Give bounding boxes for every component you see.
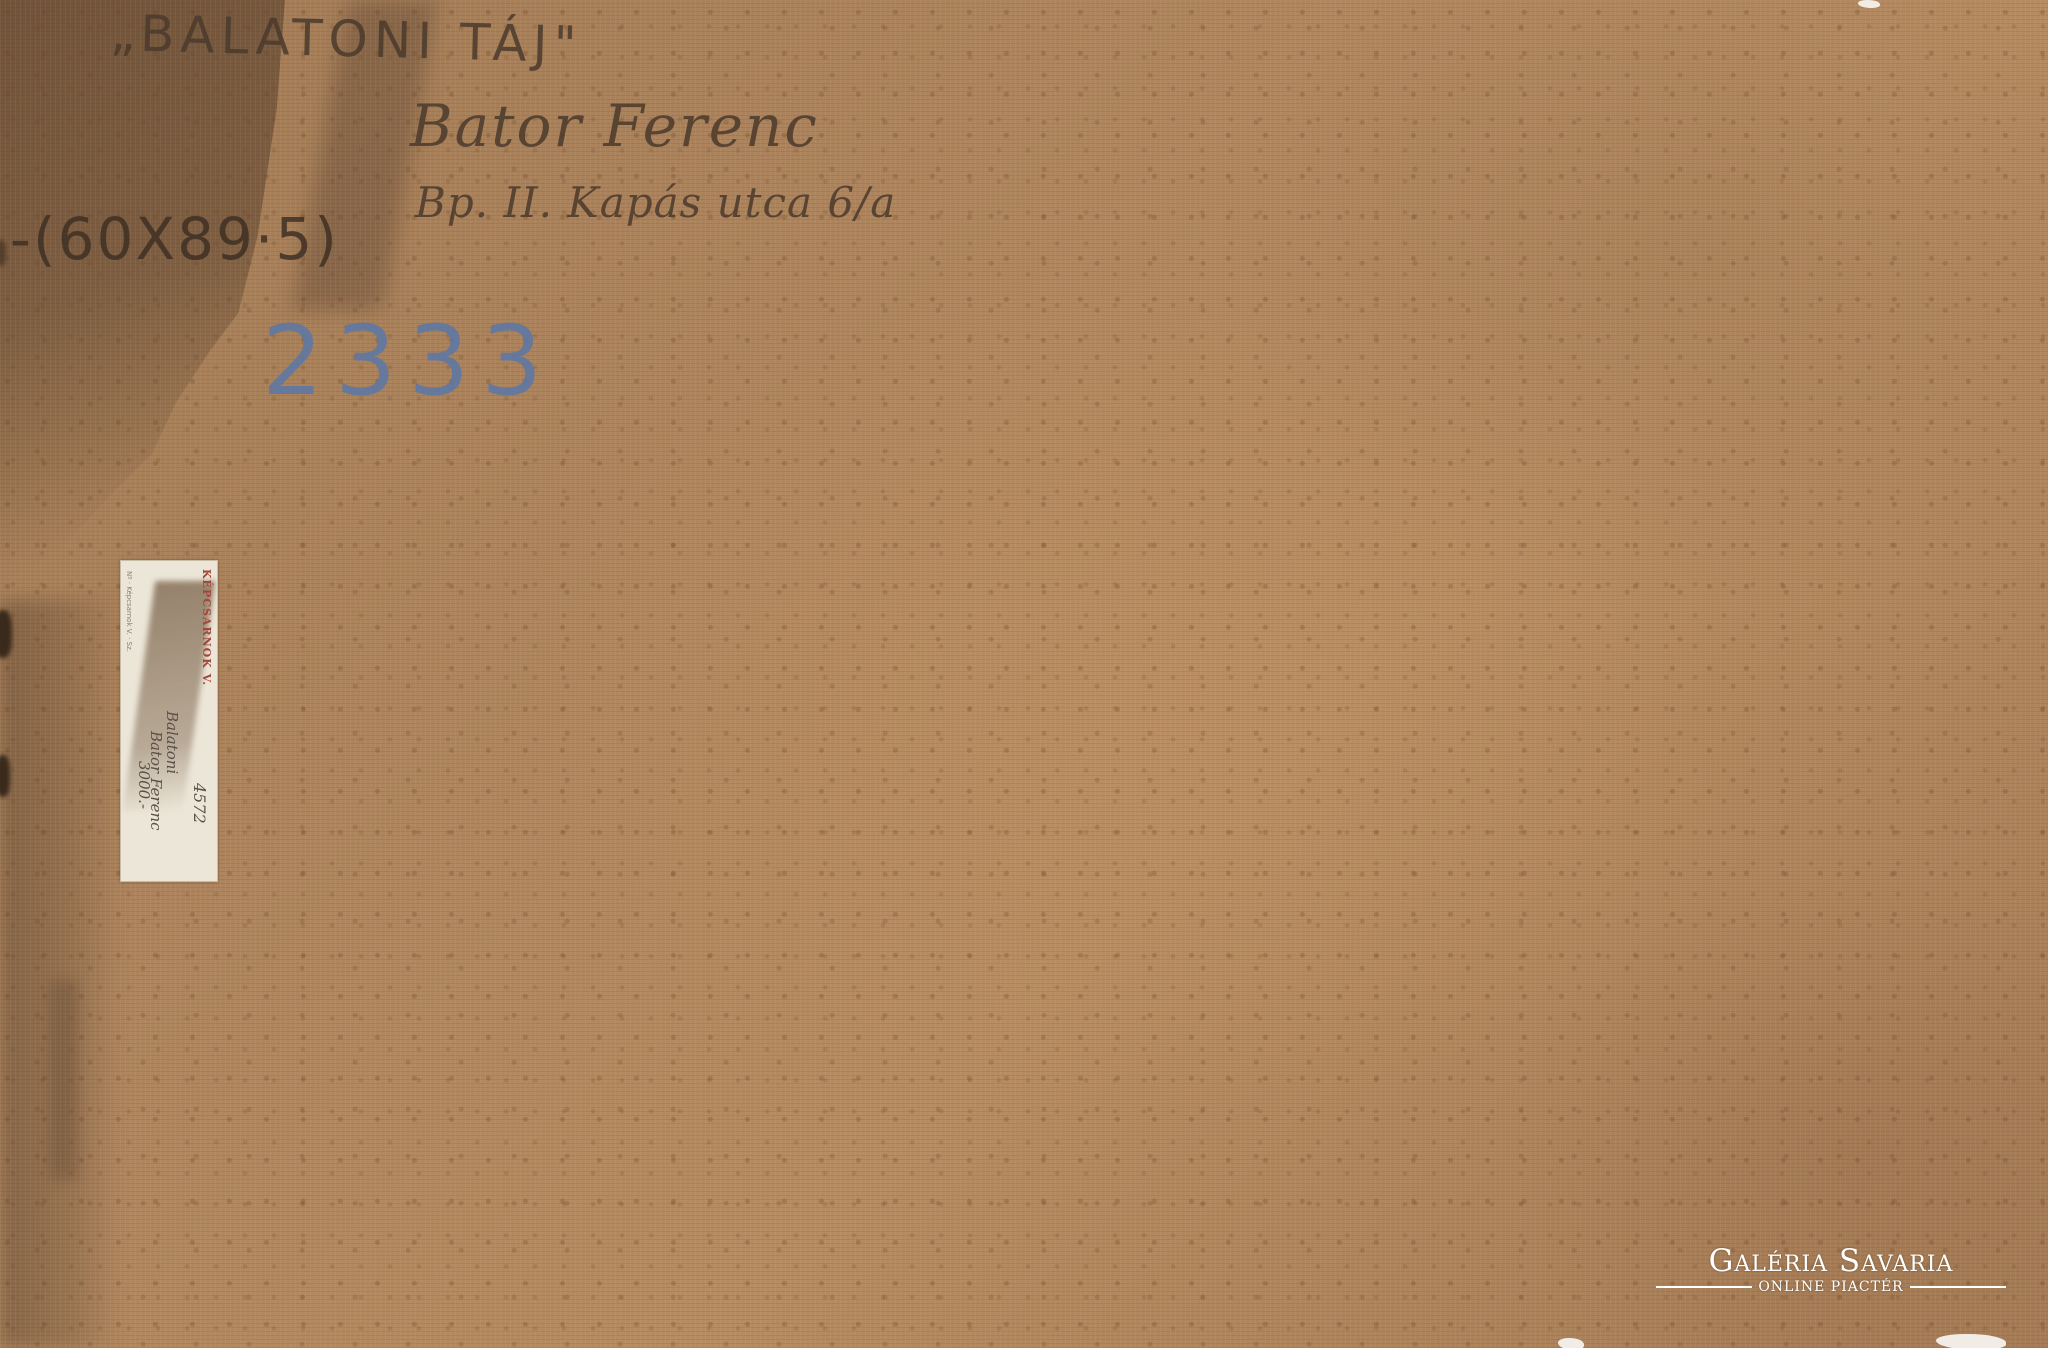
watermark-rule-right (1910, 1286, 2006, 1288)
paint-chip-top-right (1858, 0, 1880, 8)
galeria-savaria-watermark: Galéria Savaria ONLINE PIACTÉR (1656, 1246, 2006, 1295)
canvas-weave-texture (0, 0, 2048, 1348)
water-stain-streak (50, 980, 78, 1180)
inscription-title: „BALATONI TÁJ" (109, 4, 583, 74)
watermark-rule-left (1656, 1286, 1752, 1288)
edge-mark-2 (0, 755, 10, 797)
inventory-number: 2333 (262, 305, 554, 417)
edge-mark-1 (0, 610, 12, 658)
canvas-speckle-texture (0, 0, 2048, 1348)
watermark-subtitle-row: ONLINE PIACTÉR (1656, 1279, 2006, 1295)
inscription-artist: Bator Ferenc (410, 92, 819, 160)
dimension-dash: - (10, 205, 33, 273)
label-price-line: 3000.- (135, 761, 153, 809)
paint-chip-bottom-1 (1558, 1338, 1584, 1348)
watermark-title: Galéria Savaria (1656, 1246, 2006, 1277)
paint-chip-bottom-2 (1936, 1334, 2006, 1348)
dimension-value: (60X89·5) (33, 205, 339, 273)
water-stain-drip (0, 600, 120, 1348)
watermark-subtitle: ONLINE PIACTÉR (1758, 1279, 1903, 1295)
label-number: 4572 (190, 783, 209, 824)
inscription-address: Bp. II. Kapás utca 6/a (415, 178, 896, 227)
inscription-dimensions: -(60X89·5) (10, 205, 339, 273)
label-heading: KÉPCSARNOK V. (200, 569, 213, 686)
edge-mark-3 (0, 240, 6, 266)
painting-back-photo: „BALATONI TÁJ" Bator Ferenc Bp. II. Kapá… (0, 0, 2048, 1348)
gallery-label-sticker: Nº · Képcsarnok V. · Sz. KÉPCSARNOK V. 4… (120, 560, 218, 882)
label-title-line: Balatoni (163, 711, 181, 774)
label-small-print: Nº · Képcsarnok V. · Sz. (125, 571, 133, 652)
